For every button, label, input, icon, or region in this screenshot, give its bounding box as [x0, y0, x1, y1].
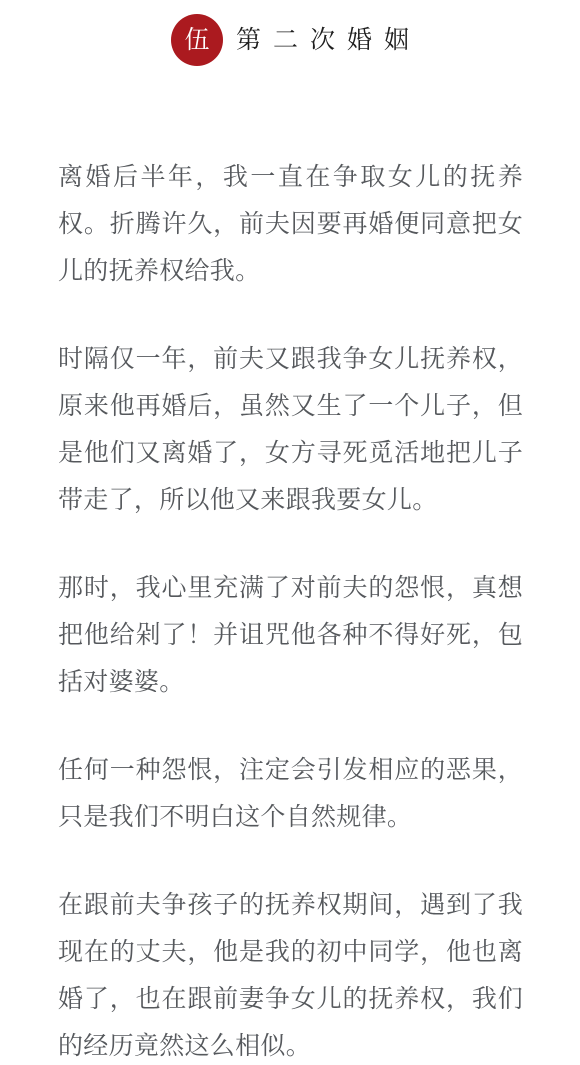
section-number-badge: 伍: [171, 14, 223, 66]
section-title: 第二次婚姻: [236, 28, 421, 53]
article-paragraph: 离婚后半年，我一直在争取女儿的抚养权。折腾许久，前夫因要再婚便同意把女儿的抚养权…: [58, 154, 523, 295]
section-header: 伍 第二次婚姻: [6, 0, 580, 66]
article-paragraph: 在跟前夫争孩子的抚养权期间，遇到了我现在的丈夫，他是我的初中同学，他也离婚了，也…: [58, 882, 523, 1065]
section-number-label: 伍: [184, 28, 209, 53]
article-page: 伍 第二次婚姻 离婚后半年，我一直在争取女儿的抚养权。折腾许久，前夫因要再婚便同…: [0, 0, 580, 1065]
article-paragraph: 那时，我心里充满了对前夫的怨恨，真想把他给剁了！并诅咒他各种不得好死，包括对婆婆…: [58, 565, 523, 706]
article-paragraph: 任何一种怨恨，注定会引发相应的恶果，只是我们不明白这个自然规律。: [58, 747, 523, 841]
article-paragraph: 时隔仅一年，前夫又跟我争女儿抚养权，原来他再婚后，虽然又生了一个儿子，但是他们又…: [58, 336, 523, 524]
article-body: 离婚后半年，我一直在争取女儿的抚养权。折腾许久，前夫因要再婚便同意把女儿的抚养权…: [0, 66, 580, 1065]
